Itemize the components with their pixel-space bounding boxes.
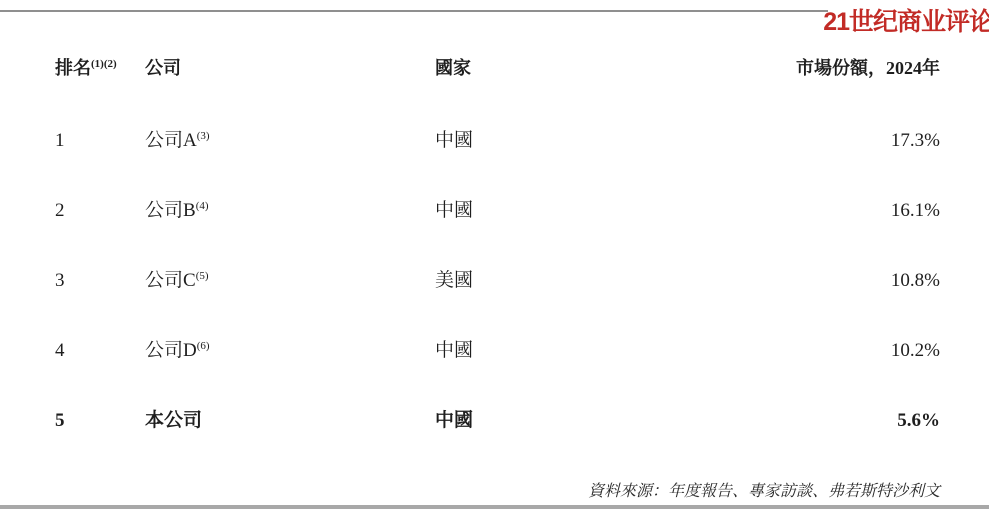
header-company: 公司 — [145, 55, 181, 81]
header-share: 市場份額，2024年 — [796, 55, 940, 81]
company-footnote: (3) — [197, 130, 210, 142]
rank-cell: 4 — [55, 338, 65, 364]
rank-cell: 2 — [55, 198, 65, 224]
header-country: 國家 — [435, 55, 471, 81]
header-rank-label: 排名 — [55, 58, 91, 78]
rank-cell: 1 — [55, 128, 65, 154]
company-footnote: (4) — [196, 200, 209, 212]
table-row: 2 公司B(4) 中國 16.1% — [0, 198, 989, 224]
company-name: 公司B — [145, 200, 196, 221]
share-cell: 17.3% — [891, 128, 940, 154]
table-row-our-company: 5 本公司 中國 5.6% — [0, 408, 989, 434]
company-name: 公司D — [145, 340, 197, 361]
document-page: 21世纪商业评论 排名(1)(2) 公司 國家 市場份額，2024年 1 公司A… — [0, 0, 989, 513]
company-cell: 公司D(6) — [145, 338, 210, 364]
company-name: 本公司 — [145, 410, 202, 431]
company-cell: 公司C(5) — [145, 268, 209, 294]
rank-cell: 5 — [55, 408, 65, 434]
country-cell: 中國 — [435, 198, 473, 224]
bottom-divider — [0, 505, 989, 509]
company-cell: 公司B(4) — [145, 198, 209, 224]
company-footnote: (6) — [197, 340, 210, 352]
table-row: 1 公司A(3) 中國 17.3% — [0, 128, 989, 154]
source-note: 資料來源：年度報告、專家訪談、弗若斯特沙利文 — [588, 478, 940, 501]
company-cell: 本公司 — [145, 408, 202, 434]
country-cell: 中國 — [435, 338, 473, 364]
rank-cell: 3 — [55, 268, 65, 294]
company-footnote: (5) — [196, 270, 209, 282]
header-rank-footnote: (1)(2) — [91, 58, 117, 70]
company-name: 公司A — [145, 130, 197, 151]
table-row: 3 公司C(5) 美國 10.8% — [0, 268, 989, 294]
top-divider — [0, 10, 828, 12]
share-cell: 16.1% — [891, 198, 940, 224]
company-name: 公司C — [145, 270, 196, 291]
share-cell: 10.8% — [891, 268, 940, 294]
country-cell: 美國 — [435, 268, 473, 294]
country-cell: 中國 — [435, 408, 473, 434]
brand-logo: 21世纪商业评论 — [823, 2, 989, 38]
country-cell: 中國 — [435, 128, 473, 154]
share-cell: 5.6% — [897, 408, 940, 434]
company-cell: 公司A(3) — [145, 128, 210, 154]
header-rank: 排名(1)(2) — [55, 55, 117, 81]
share-cell: 10.2% — [891, 338, 940, 364]
table-row: 4 公司D(6) 中國 10.2% — [0, 338, 989, 364]
table-header-row: 排名(1)(2) 公司 國家 市場份額，2024年 — [0, 55, 989, 81]
